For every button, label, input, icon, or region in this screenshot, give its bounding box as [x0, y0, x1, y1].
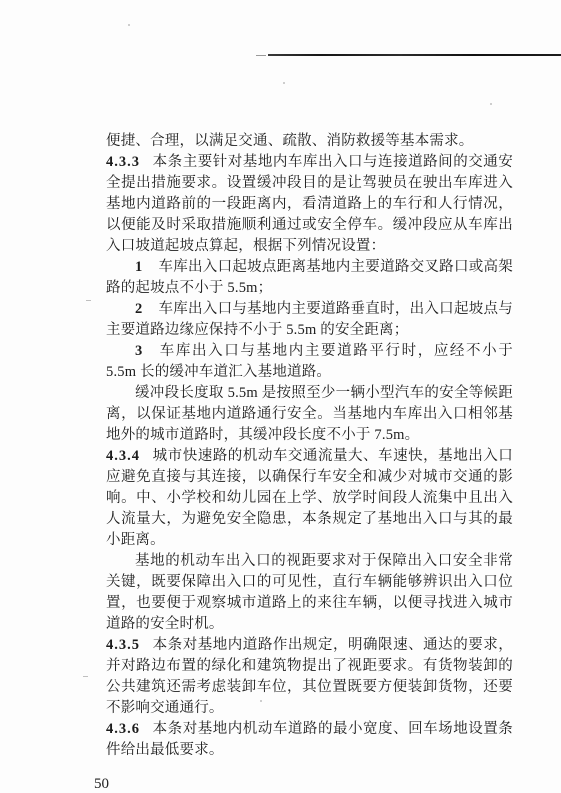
page-number: 50 [94, 774, 109, 793]
section-number: 4.3.5 [106, 637, 140, 653]
paragraph-text: 本条主要针对基地内车库出入口与连接道路间的交通安全提出措施要求。设置缓冲段目的是… [106, 154, 513, 254]
scan-speck [286, 246, 288, 248]
section-number: 4.3.6 [106, 721, 140, 737]
list-item-paragraph: 3车库出入口与基地内主要道路平行时，应经不小于 5.5m 长的缓冲车道汇入基地道… [106, 341, 513, 383]
section-paragraph-4.3.6: 4.3.6本条对基地内机动车道路的最小宽度、回车场地设置条件给出最低要求。 [106, 719, 513, 761]
paragraph: 便捷、合理，以满足交通、疏散、消防救援等基本需求。 [106, 131, 513, 152]
paragraph-text: 缓冲段长度取 5.5m 是按照至少一辆小型汽车的安全等候距离，以保证基地内道路通… [106, 385, 513, 443]
paragraph-text: 便捷、合理，以满足交通、疏散、消防救援等基本需求。 [106, 133, 474, 149]
section-paragraph-4.3.3: 4.3.3本条主要针对基地内车库出入口与连接道路间的交通安全提出措施要求。设置缓… [106, 152, 513, 257]
paragraph-text: 本条对基地内机动车道路的最小宽度、回车场地设置条件给出最低要求。 [106, 721, 513, 758]
paragraph: 基地的机动车出入口的视距要求对于保障出入口安全非常关键，既要保障出入口的可见性，… [106, 551, 513, 635]
list-item-paragraph: 1车库出入口起坡点距离基地内主要道路交叉路口或高架路的起坡点不小于 5.5m； [106, 257, 513, 299]
scan-speck [260, 700, 262, 702]
scan-speck [283, 82, 285, 84]
item-number: 1 [135, 259, 142, 275]
scan-speck [490, 103, 492, 105]
paragraph-text: 车库出入口与基地内主要道路平行时，应经不小于 5.5m 长的缓冲车道汇入基地道路… [106, 343, 513, 380]
section-number: 4.3.4 [106, 448, 140, 464]
section-paragraph-4.3.4: 4.3.4城市快速路的机动车交通流量大、车速快，基地出入口应避免直接与其连接，以… [106, 446, 513, 551]
scanned-document-page: 便捷、合理，以满足交通、疏散、消防救援等基本需求。4.3.3本条主要针对基地内车… [0, 0, 561, 793]
paragraph-text: 车库出入口起坡点距离基地内主要道路交叉路口或高架路的起坡点不小于 5.5m； [106, 259, 513, 296]
scan-speck [86, 300, 91, 301]
item-number: 2 [135, 301, 142, 317]
paragraph-text: 基地的机动车出入口的视距要求对于保障出入口安全非常关键，既要保障出入口的可见性，… [106, 553, 513, 632]
section-number: 4.3.3 [106, 154, 140, 170]
paragraph-text: 本条对基地内道路作出规定，明确限速、通达的要求，并对路边布置的绿化和建筑物提出了… [106, 637, 513, 716]
paragraph-text: 城市快速路的机动车交通流量大、车速快，基地出入口应避免直接与其连接，以确保行车安… [106, 448, 513, 548]
scan-speck [128, 24, 130, 26]
item-number: 3 [135, 343, 142, 359]
text-block: 便捷、合理，以满足交通、疏散、消防救援等基本需求。4.3.3本条主要针对基地内车… [106, 131, 513, 761]
scan-speck [83, 676, 88, 677]
header-rule [268, 54, 561, 56]
scan-speck [352, 450, 354, 452]
paragraph-text: 车库出入口与基地内主要道路垂直时，出入口起坡点与主要道路边缘应保持不小于 5.5… [106, 301, 513, 338]
paragraph: 缓冲段长度取 5.5m 是按照至少一辆小型汽车的安全等候距离，以保证基地内道路通… [106, 383, 513, 446]
header-rule-artifact [256, 55, 266, 56]
list-item-paragraph: 2车库出入口与基地内主要道路垂直时，出入口起坡点与主要道路边缘应保持不小于 5.… [106, 299, 513, 341]
section-paragraph-4.3.5: 4.3.5本条对基地内道路作出规定，明确限速、通达的要求，并对路边布置的绿化和建… [106, 635, 513, 719]
